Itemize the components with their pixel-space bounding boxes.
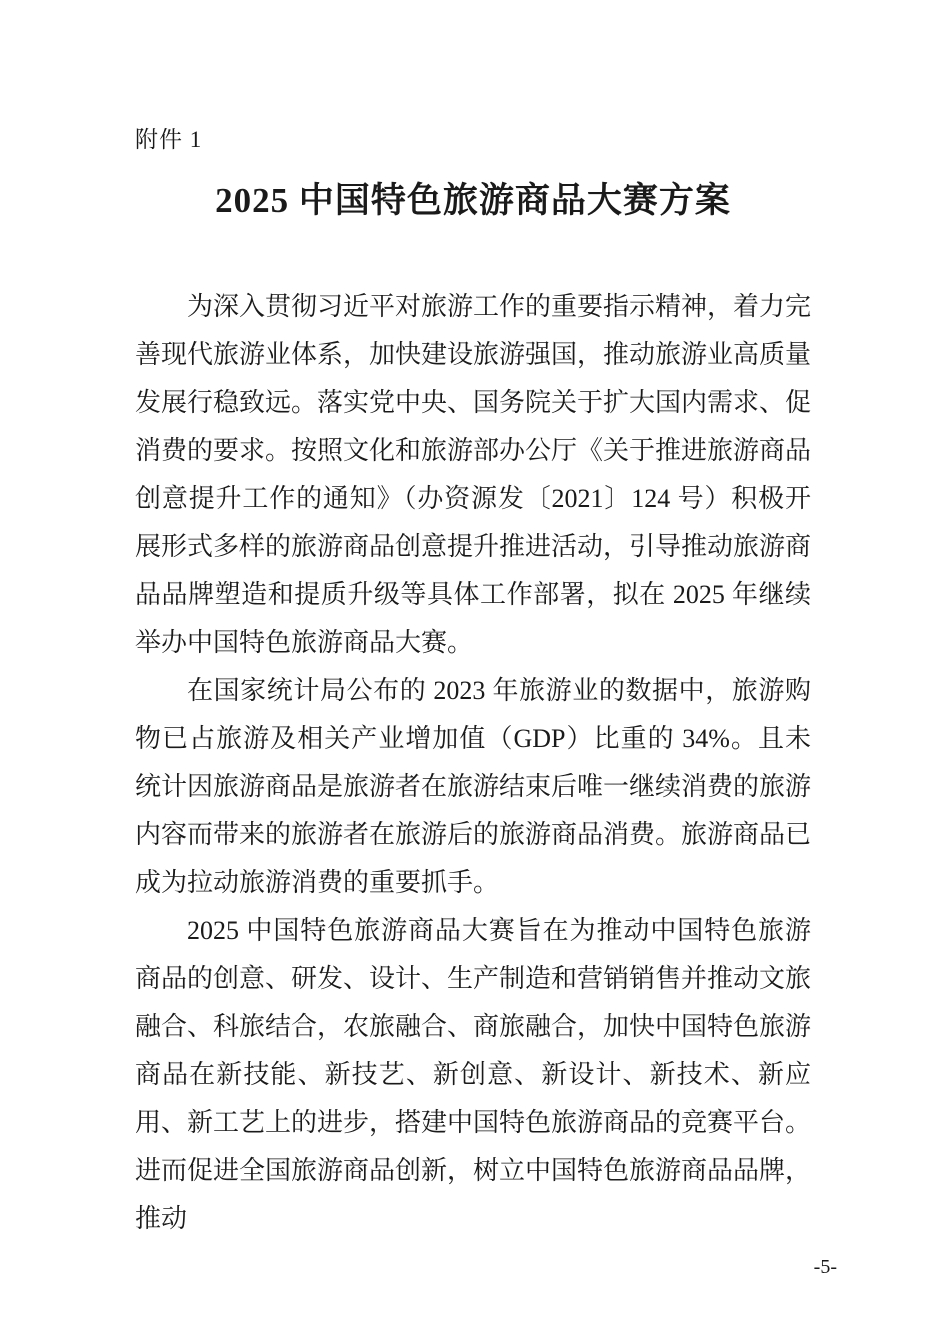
document-title: 2025 中国特色旅游商品大赛方案 xyxy=(135,179,811,223)
attachment-label: 附件 1 xyxy=(135,125,811,155)
paragraph-1: 为深入贯彻习近平对旅游工作的重要指示精神，着力完善现代旅游业体系，加快建设旅游强… xyxy=(135,283,811,667)
paragraph-2: 在国家统计局公布的 2023 年旅游业的数据中，旅游购物已占旅游及相关产业增加值… xyxy=(135,667,811,907)
document-body: 为深入贯彻习近平对旅游工作的重要指示精神，着力完善现代旅游业体系，加快建设旅游强… xyxy=(135,283,811,1243)
paragraph-3: 2025 中国特色旅游商品大赛旨在为推动中国特色旅游商品的创意、研发、设计、生产… xyxy=(135,907,811,1243)
page-number: -5- xyxy=(814,1255,837,1279)
document-page: 附件 1 2025 中国特色旅游商品大赛方案 为深入贯彻习近平对旅游工作的重要指… xyxy=(0,0,944,1337)
document-content: 附件 1 2025 中国特色旅游商品大赛方案 为深入贯彻习近平对旅游工作的重要指… xyxy=(135,125,811,1243)
